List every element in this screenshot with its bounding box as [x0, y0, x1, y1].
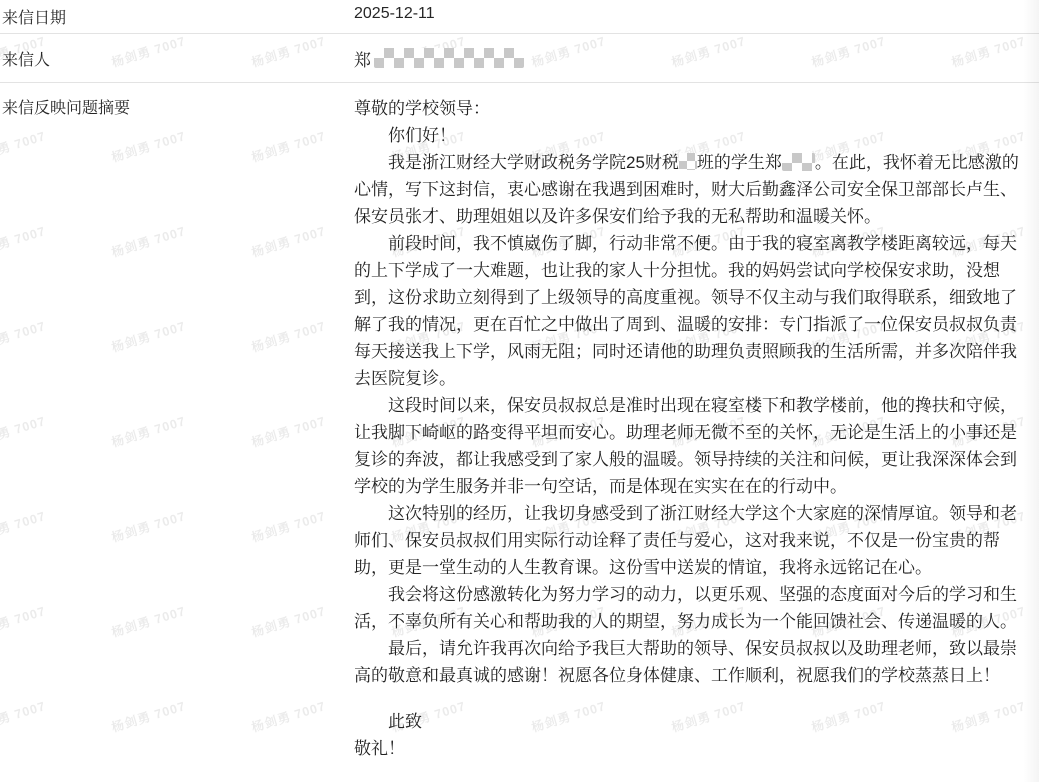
letter-paragraph: 尊敬的学校领导：: [354, 95, 1032, 122]
letter-paragraph: 这段时间以来，保安员叔叔总是准时出现在寝室楼下和教学楼前，他的搀扶和守候，让我脚…: [354, 392, 1032, 500]
field-row-sender: 来信人 郑: [0, 33, 1039, 82]
field-label-sender: 来信人: [0, 47, 354, 70]
letter-paragraph: 我是浙江财经大学财政税务学院25财税班的学生郑。在此，我怀着无比感激的心情，写下…: [354, 149, 1032, 230]
sender-redaction-mosaic: [374, 48, 524, 68]
letter-text: 此致: [388, 712, 422, 731]
sender-value: 郑: [354, 46, 524, 71]
field-row-summary: 来信反映问题摘要 尊敬的学校领导：你们好！我是浙江财经大学财政税务学院25财税班…: [0, 82, 1039, 782]
field-label-date: 来信日期: [0, 5, 354, 33]
letter-text: 班的学生郑: [697, 153, 782, 172]
letter-paragraph: 敬礼！: [354, 735, 1032, 762]
letter-paragraph: 前段时间，我不慎崴伤了脚，行动非常不便。由于我的寝室离教学楼距离较远，每天的上下…: [354, 230, 1032, 392]
letter-text: 你们好！: [388, 126, 456, 145]
letter-text: 我会将这份感激转化为努力学习的动力，以更乐观、坚强的态度面对今后的学习和生活，不…: [354, 585, 1017, 631]
inline-redaction-mosaic: [782, 153, 815, 171]
letter-text: 前段时间，我不慎崴伤了脚，行动非常不便。由于我的寝室离教学楼距离较远，每天的上下…: [354, 234, 1017, 388]
letter-paragraph: 你们好！: [354, 122, 1032, 149]
letter-text: 尊敬的学校领导：: [354, 99, 490, 118]
letter-text: 这段时间以来，保安员叔叔总是准时出现在寝室楼下和教学楼前，他的搀扶和守候，让我脚…: [354, 396, 1017, 496]
letter-body: 尊敬的学校领导：你们好！我是浙江财经大学财政税务学院25财税班的学生郑。在此，我…: [354, 95, 1032, 762]
letter-text: 我是浙江财经大学财政税务学院25财税: [388, 153, 679, 172]
field-row-date: 来信日期 2025-12-11: [0, 0, 1039, 33]
inline-redaction-mosaic: [679, 153, 697, 170]
letter-paragraph: 最后，请允许我再次向给予我巨大帮助的领导、保安员叔叔以及助理老师，致以最崇高的敬…: [354, 635, 1032, 689]
letter-paragraph: 我会将这份感激转化为努力学习的动力，以更乐观、坚强的态度面对今后的学习和生活，不…: [354, 581, 1032, 635]
letter-paragraph: 此致: [354, 708, 1032, 735]
letter-detail-page: 杨剑勇 7007杨剑勇 7007杨剑勇 7007杨剑勇 7007杨剑勇 7007…: [0, 0, 1039, 782]
letter-text: 敬礼！: [354, 739, 405, 758]
letter-text: 这次特别的经历，让我切身感受到了浙江财经大学这个大家庭的深情厚谊。领导和老师们、…: [354, 504, 1017, 577]
sender-name-prefix: 郑: [354, 46, 371, 71]
letter-text: 最后，请允许我再次向给予我巨大帮助的领导、保安员叔叔以及助理老师，致以最崇高的敬…: [354, 639, 1017, 685]
date-value: 2025-12-11: [354, 5, 435, 33]
letter-paragraph: 这次特别的经历，让我切身感受到了浙江财经大学这个大家庭的深情厚谊。领导和老师们、…: [354, 500, 1032, 581]
field-label-summary: 来信反映问题摘要: [0, 95, 354, 122]
